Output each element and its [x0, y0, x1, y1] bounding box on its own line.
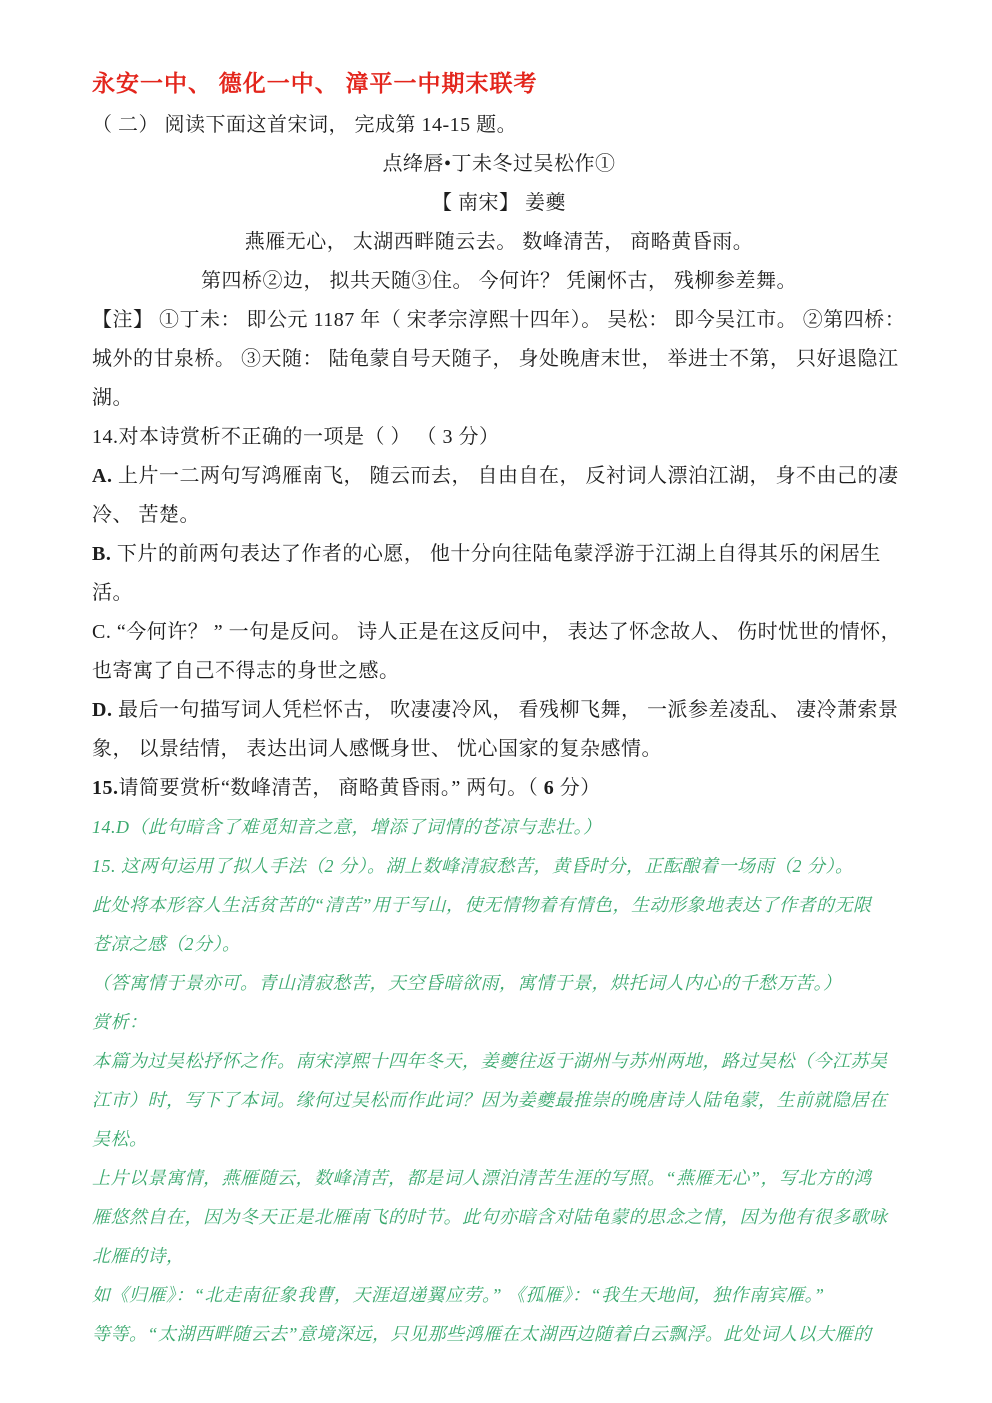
appreciation-text: 吴松。: [92, 1129, 148, 1149]
answer-15: 苍凉之感（2分）。: [92, 925, 906, 964]
note-text: 湖。: [92, 387, 133, 409]
answer-15-text: 苍凉之感（2分）。: [92, 934, 241, 954]
poem-author-text: 【 南宋】 姜夔: [432, 192, 566, 214]
poem-line-text: 燕雁无心， 太湖西畔随云去。 数峰清苦， 商略黄昏雨。: [245, 231, 754, 253]
appreciation-text: 本篇为过吴松抒怀之作。南宋淳熙十四年冬天，姜夔往返于湖州与苏州两地，路过吴松（今…: [92, 1051, 888, 1071]
answer-15-text: 此处将本形容人生活贫苦的“清苦”用于写山，使无情物着有情色，生动形象地表达了作者…: [92, 895, 872, 915]
option-c-text: C. “今何许？ ” 一句是反问。 诗人正是在这反问中， 表达了怀念故人、 伤时…: [92, 621, 901, 643]
section-intro: （ 二） 阅读下面这首宋词， 完成第 14-15 题。: [92, 106, 906, 145]
option-a: A. 上片一二两句写鸿雁南飞， 随云而去， 自由自在， 反衬词人漂泊江湖， 身不…: [92, 457, 906, 496]
option-b-text: 下片的前两句表达了作者的心愿， 他十分向往陆龟蒙浮游于江湖上自得其乐的闲居生: [111, 543, 881, 565]
option-a: 冷、 苦楚。: [92, 496, 906, 535]
appreciation: 等等。“太湖西畔随云去”意境深远，只见那些鸿雁在太湖西边随着白云飘浮。此处词人以…: [92, 1315, 906, 1354]
option-b: 活。: [92, 574, 906, 613]
answer-15: 15. 这两句运用了拟人手法（2 分）。湖上数峰清寂愁苦，黄昏时分，正酝酿着一场…: [92, 847, 906, 886]
poem-line-text: 第四桥②边， 拟共天随③住。 今何许？ 凭阑怀古， 残柳参差舞。: [201, 270, 797, 292]
appreciation: 如《归雁》：“北走南征象我曹，天涯迢递翼应劳。” 《孤雁》：“我生天地间，独作南…: [92, 1276, 906, 1315]
answer-15: 此处将本形容人生活贫苦的“清苦”用于写山，使无情物着有情色，生动形象地表达了作者…: [92, 886, 906, 925]
appreciation: 上片以景寓情，燕雁随云，数峰清苦，都是词人漂泊清苦生涯的写照。“燕雁无心”，写北…: [92, 1159, 906, 1198]
question-15-stem-text: 分）: [554, 777, 601, 799]
option-c-text: 也寄寓了自己不得志的身世之感。: [92, 660, 400, 682]
option-d: D. 最后一句描写词人凭栏怀古， 吹凄凄冷风， 看残柳飞舞， 一派参差凌乱、 凄…: [92, 691, 906, 730]
appreciation-text: 上片以景寓情，燕雁随云，数峰清苦，都是词人漂泊清苦生涯的写照。“燕雁无心”，写北…: [92, 1168, 872, 1188]
exam-document-page: 永安一中、 德化一中、 漳平一中期末联考（ 二） 阅读下面这首宋词， 完成第 1…: [0, 0, 992, 1403]
option-a-text: 上片一二两句写鸿雁南飞， 随云而去， 自由自在， 反衬词人漂泊江湖， 身不由己的…: [112, 465, 898, 487]
option-b: B. 下片的前两句表达了作者的心愿， 他十分向往陆龟蒙浮游于江湖上自得其乐的闲居…: [92, 535, 906, 574]
question-14-stem-text: 14.对本诗赏析不正确的一项是（ ） （ 3 分）: [92, 426, 500, 448]
poem-title-text: 点绛唇•丁未冬过吴松作①: [382, 153, 615, 175]
appreciation: 雁悠然自在，因为冬天正是北雁南飞的时节。此句亦暗含对陆龟蒙的思念之情，因为他有很…: [92, 1198, 906, 1237]
option-b-text: 活。: [92, 582, 133, 604]
option-d-text: D.: [92, 699, 112, 721]
appreciation: 本篇为过吴松抒怀之作。南宋淳熙十四年冬天，姜夔往返于湖州与苏州两地，路过吴松（今…: [92, 1042, 906, 1081]
option-a-text: A.: [92, 465, 112, 487]
appreciation-heading-text: 赏析：: [92, 1012, 148, 1032]
option-a-text: 冷、 苦楚。: [92, 504, 200, 526]
exam-title-text: 永安一中、 德化一中、 漳平一中期末联考: [92, 71, 538, 96]
answer-15-alt: （答寓情于景亦可。青山清寂愁苦，天空昏暗欲雨，寓情于景，烘托词人内心的千愁万苦。…: [92, 964, 906, 1003]
question-15-stem: 15.请简要赏析“数峰清苦， 商略黄昏雨。” 两句。（ 6 分）: [92, 769, 906, 808]
poem-title: 点绛唇•丁未冬过吴松作①: [92, 145, 906, 184]
question-15-stem-text: 15.: [92, 777, 119, 799]
option-d: 象， 以景结情， 表达出词人感慨身世、 忧心国家的复杂感情。: [92, 730, 906, 769]
answer-15-text: 15. 这两句运用了拟人手法（2 分）。湖上数峰清寂愁苦，黄昏时分，正酝酿着一场…: [92, 856, 854, 876]
note: 湖。: [92, 379, 906, 418]
poem-line: 燕雁无心， 太湖西畔随云去。 数峰清苦， 商略黄昏雨。: [92, 223, 906, 262]
question-15-stem-text: 请简要赏析“数峰清苦， 商略黄昏雨。” 两句。（: [119, 777, 544, 799]
answer-15-alt-text: （答寓情于景亦可。青山清寂愁苦，天空昏暗欲雨，寓情于景，烘托词人内心的千愁万苦。…: [92, 973, 842, 993]
appreciation-text: 江市）时，写下了本词。缘何过吴松而作此词？因为姜夔最推崇的晚唐诗人陆龟蒙，生前就…: [92, 1090, 888, 1110]
option-d-text: 最后一句描写词人凭栏怀古， 吹凄凄冷风， 看残柳飞舞， 一派参差凌乱、 凄冷萧索…: [112, 699, 898, 721]
document-body: 永安一中、 德化一中、 漳平一中期末联考（ 二） 阅读下面这首宋词， 完成第 1…: [92, 62, 906, 1354]
option-d-text: 象， 以景结情， 表达出词人感慨身世、 忧心国家的复杂感情。: [92, 738, 662, 760]
appreciation-text: 等等。“太湖西畔随云去”意境深远，只见那些鸿雁在太湖西边随着白云飘浮。此处词人以…: [92, 1324, 872, 1344]
note: 【注】 ①丁未： 即公元 1187 年（ 宋孝宗淳熙十四年）。 吴松： 即今吴江…: [92, 301, 906, 340]
note-text: 城外的甘泉桥。 ③天随： 陆龟蒙自号天随子， 身处晚唐末世， 举进士不第， 只好…: [92, 348, 899, 370]
appreciation-text: 雁悠然自在，因为冬天正是北雁南飞的时节。此句亦暗含对陆龟蒙的思念之情，因为他有很…: [92, 1207, 888, 1227]
appreciation-heading: 赏析：: [92, 1003, 906, 1042]
answer-14: 14.D（此句暗含了难觅知音之意，增添了词情的苍凉与悲壮。）: [92, 808, 906, 847]
appreciation-text: 如《归雁》：“北走南征象我曹，天涯迢递翼应劳。” 《孤雁》：“我生天地间，独作南…: [92, 1285, 825, 1305]
appreciation: 吴松。: [92, 1120, 906, 1159]
section-intro-text: （ 二） 阅读下面这首宋词， 完成第 14-15 题。: [92, 114, 517, 136]
option-c: 也寄寓了自己不得志的身世之感。: [92, 652, 906, 691]
note-text: 【注】 ①丁未： 即公元 1187 年（ 宋孝宗淳熙十四年）。 吴松： 即今吴江…: [92, 309, 905, 331]
appreciation-text: 北雁的诗，: [92, 1246, 185, 1266]
option-b-text: B.: [92, 543, 111, 565]
exam-title: 永安一中、 德化一中、 漳平一中期末联考: [92, 62, 906, 106]
question-14-stem: 14.对本诗赏析不正确的一项是（ ） （ 3 分）: [92, 418, 906, 457]
option-c: C. “今何许？ ” 一句是反问。 诗人正是在这反问中， 表达了怀念故人、 伤时…: [92, 613, 906, 652]
question-15-stem-text: 6: [544, 777, 555, 799]
appreciation: 江市）时，写下了本词。缘何过吴松而作此词？因为姜夔最推崇的晚唐诗人陆龟蒙，生前就…: [92, 1081, 906, 1120]
appreciation: 北雁的诗，: [92, 1237, 906, 1276]
poem-author: 【 南宋】 姜夔: [92, 184, 906, 223]
poem-line: 第四桥②边， 拟共天随③住。 今何许？ 凭阑怀古， 残柳参差舞。: [92, 262, 906, 301]
note: 城外的甘泉桥。 ③天随： 陆龟蒙自号天随子， 身处晚唐末世， 举进士不第， 只好…: [92, 340, 906, 379]
answer-14-text: 14.D（此句暗含了难觅知音之意，增添了词情的苍凉与悲壮。）: [92, 817, 602, 837]
